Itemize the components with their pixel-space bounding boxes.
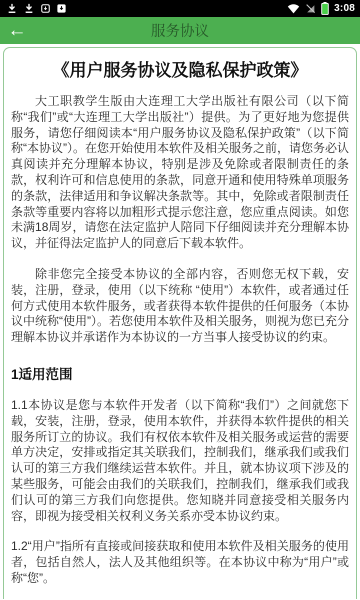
wifi-icon — [287, 3, 300, 14]
agreement-paragraph: 1.2“用户”指所有直接或间接获取和使用本软件及相关服务的使用者，包括自然人，法… — [11, 539, 349, 586]
app-header: ← 服务协议 — [0, 17, 360, 44]
no-signal-icon — [305, 3, 316, 14]
status-bar-left-icons — [5, 3, 66, 14]
status-bar: 3:08 — [0, 0, 360, 17]
battery-icon — [321, 2, 329, 15]
box-filled-download-icon — [57, 4, 66, 13]
agreement-paragraph: 大工职教学生版由大连理工大学出版社有限公司（以下简称“我们”或“大连理工大学出版… — [11, 94, 349, 252]
status-bar-right-icons: 3:08 — [287, 2, 355, 15]
box-download-icon — [41, 4, 50, 13]
back-button[interactable]: ← — [0, 17, 34, 44]
agreement-scroll-area[interactable]: 《用户服务协议及隐私保护政策》 大工职教学生版由大连理工大学出版社有限公司（以下… — [3, 47, 357, 599]
download-icon — [7, 3, 17, 14]
arrow-left-icon: ← — [8, 21, 27, 40]
agreement-title: 《用户服务协议及隐私保护政策》 — [11, 60, 349, 82]
agreement-paragraph: 1.1本协议是您与本软件开发者（以下简称“我们”）之间就您下载，安装，注册，登录… — [11, 398, 349, 524]
download-icon — [24, 3, 34, 14]
agreement-paragraph: 除非您完全接受本协议的全部内容，否则您无权下载，安装，注册，登录，使用（以下统称… — [11, 267, 349, 346]
page-title: 服务协议 — [0, 20, 360, 41]
section-heading-scope: 1适用范围 — [11, 363, 349, 383]
status-time: 3:08 — [334, 3, 355, 14]
